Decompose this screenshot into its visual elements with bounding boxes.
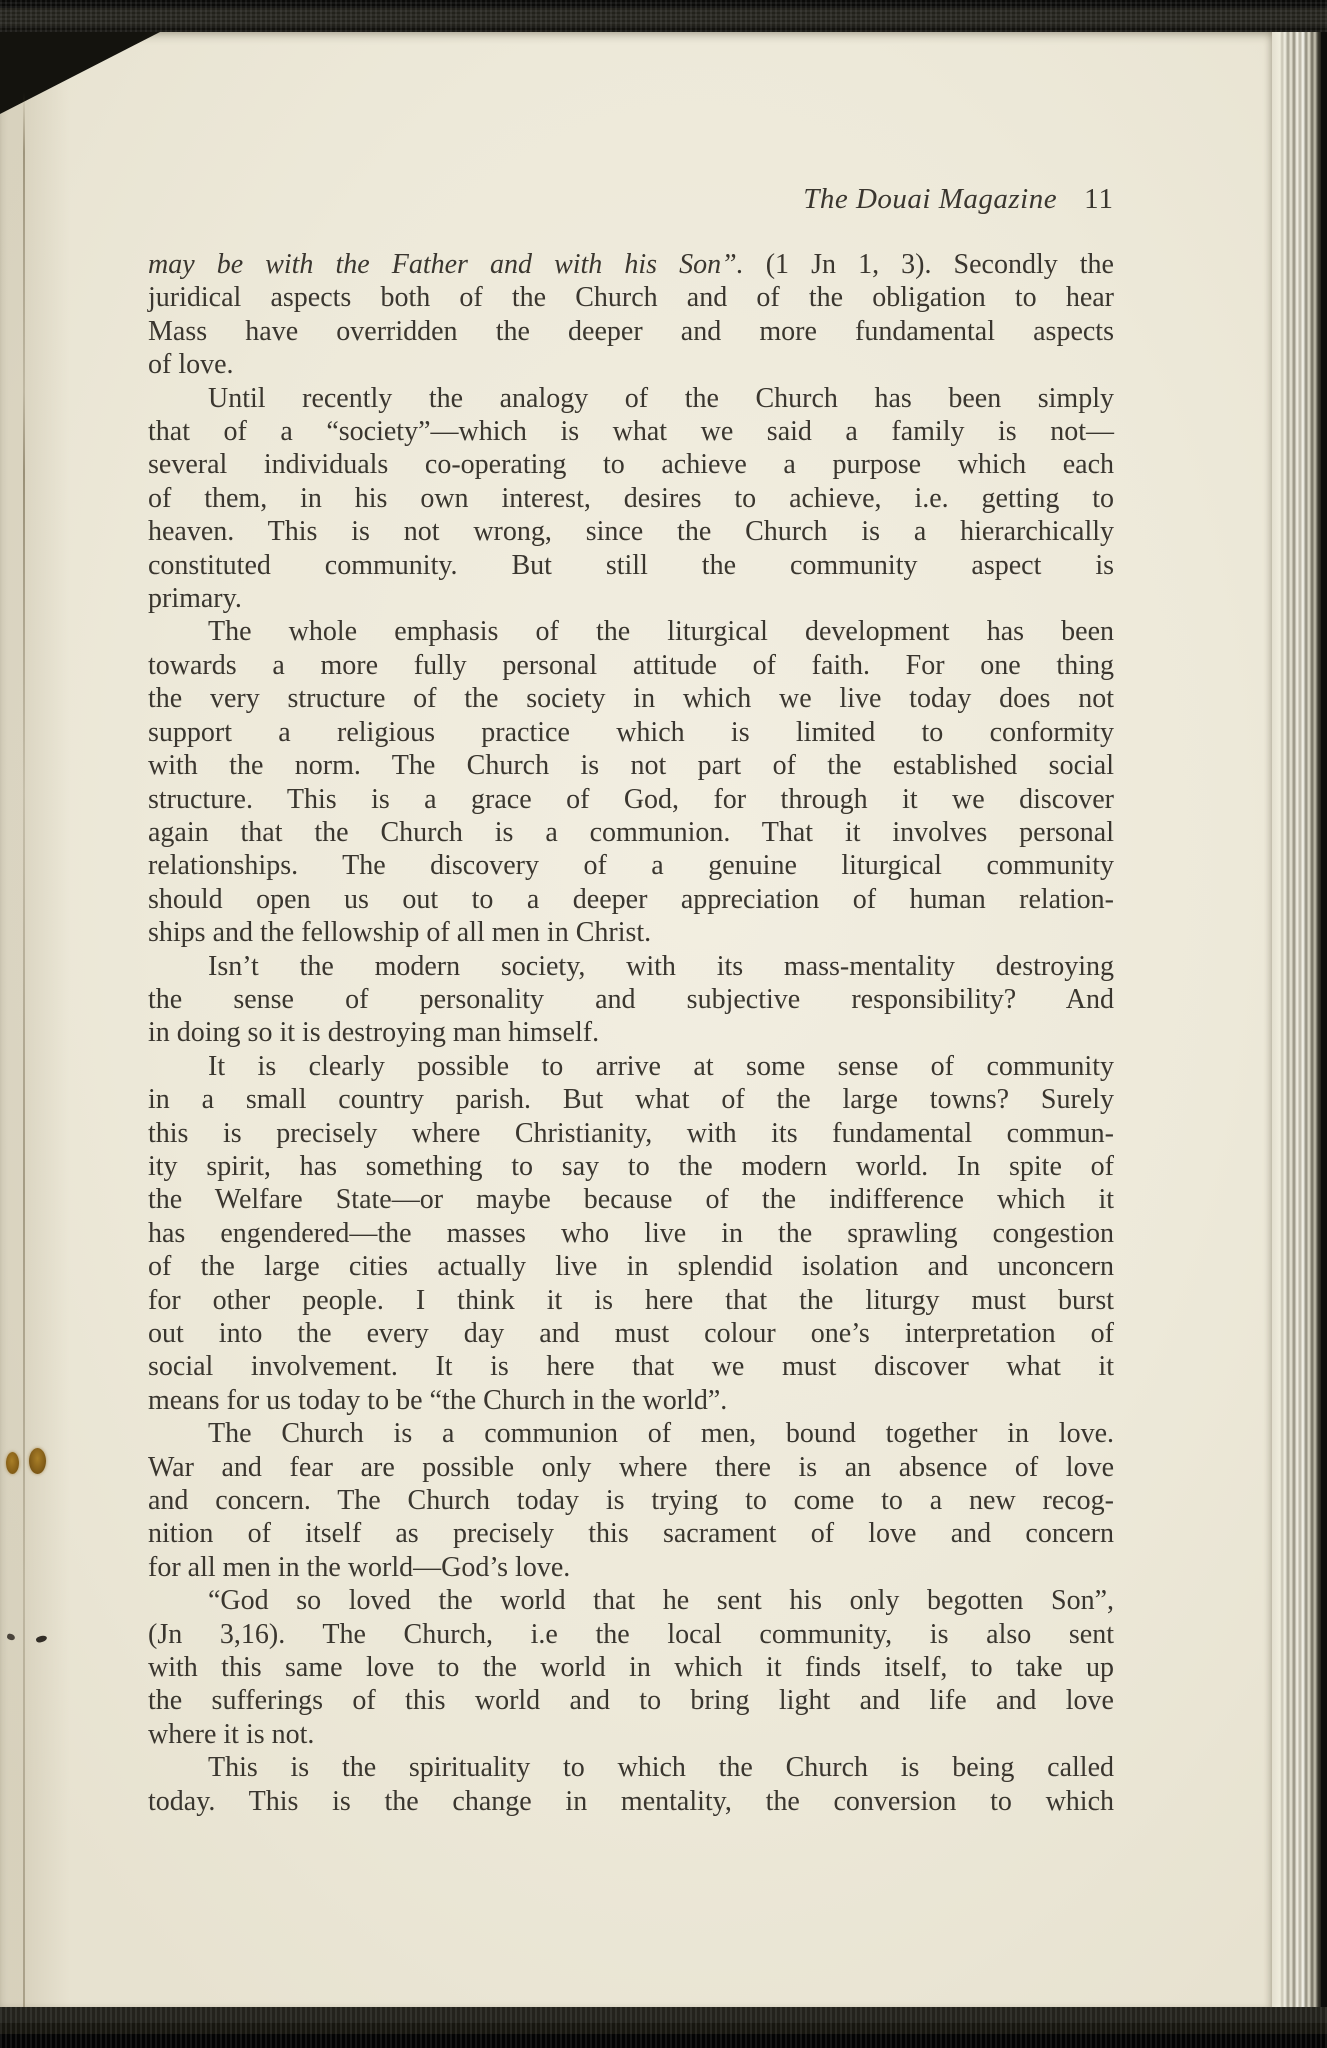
text-line: of love. xyxy=(148,348,1114,381)
text-line: structure. This is a grace of God, for t… xyxy=(148,783,1114,816)
text-line: The whole emphasis of the liturgical dev… xyxy=(148,615,1114,648)
paragraph: Isn’t the modern society, with its mass-… xyxy=(148,950,1114,1050)
text-line: War and fear are possible only where the… xyxy=(148,1451,1114,1484)
text-line: of them, in his own interest, desires to… xyxy=(148,482,1114,515)
text-line: towards a more fully personal attitude o… xyxy=(148,649,1114,682)
paragraph: Until recently the analogy of the Church… xyxy=(148,382,1114,616)
text-line: primary. xyxy=(148,582,1114,615)
text-line: this is precisely where Christianity, wi… xyxy=(148,1117,1114,1150)
text-line: with the norm. The Church is not part of… xyxy=(148,749,1114,782)
text-line: social involvement. It is here that we m… xyxy=(148,1350,1114,1383)
paragraph: “God so loved the world that he sent his… xyxy=(148,1584,1114,1751)
paragraph: It is clearly possible to arrive at some… xyxy=(148,1050,1114,1417)
text-line: the sufferings of this world and to brin… xyxy=(148,1684,1114,1717)
text-line: again that the Church is a communion. Th… xyxy=(148,816,1114,849)
running-header: The Douai Magazine11 xyxy=(148,182,1114,216)
text-line: the very structure of the society in whi… xyxy=(148,682,1114,715)
paragraph: The Church is a communion of men, bound … xyxy=(148,1417,1114,1584)
text-line: heaven. This is not wrong, since the Chu… xyxy=(148,515,1114,548)
book-fore-edge-pages xyxy=(1272,32,1321,2013)
text-line: in a small country parish. But what of t… xyxy=(148,1083,1114,1116)
text-line: for all men in the world—God’s love. xyxy=(148,1551,1114,1584)
dirt-speck xyxy=(35,1634,47,1643)
text-line: This is the spirituality to which the Ch… xyxy=(148,1751,1114,1784)
text-line: Isn’t the modern society, with its mass-… xyxy=(148,950,1114,983)
text-line: may be with the Father and with his Son”… xyxy=(148,248,1114,281)
text-line: and concern. The Church today is trying … xyxy=(148,1484,1114,1517)
text-line: for other people. I think it is here tha… xyxy=(148,1284,1114,1317)
text-line: should open us out to a deeper appreciat… xyxy=(148,883,1114,916)
text-line: today. This is the change in mentality, … xyxy=(148,1785,1114,1818)
text-line: that of a “society”—which is what we sai… xyxy=(148,415,1114,448)
text-line: out into the every day and must colour o… xyxy=(148,1317,1114,1350)
text-line: (Jn 3,16). The Church, i.e the local com… xyxy=(148,1618,1114,1651)
text-line: has engendered—the masses who live in th… xyxy=(148,1217,1114,1250)
text-line: juridical aspects both of the Church and… xyxy=(148,281,1114,314)
text-line: ships and the fellowship of all men in C… xyxy=(148,916,1114,949)
text-line: Mass have overridden the deeper and more… xyxy=(148,315,1114,348)
text-line: several individuals co-operating to achi… xyxy=(148,448,1114,481)
text-line: support a religious practice which is li… xyxy=(148,716,1114,749)
text-line: means for us today to be “the Church in … xyxy=(148,1384,1114,1417)
page-body: may be with the Father and with his Son”… xyxy=(148,248,1114,1818)
book-cover-edge-top xyxy=(0,0,1327,32)
page-crease-line xyxy=(23,92,25,2007)
text-line: It is clearly possible to arrive at some… xyxy=(148,1050,1114,1083)
text-line: the sense of personality and subjective … xyxy=(148,983,1114,1016)
text-line: of the large cities actually live in spl… xyxy=(148,1250,1114,1283)
page-number: 11 xyxy=(1084,183,1114,215)
text-line: The Church is a communion of men, bound … xyxy=(148,1417,1114,1450)
book-scan: The Douai Magazine11 may be with the Fat… xyxy=(0,0,1327,2048)
text-line: the Welfare State—or maybe because of th… xyxy=(148,1183,1114,1216)
text-line: in doing so it is destroying man himself… xyxy=(148,1016,1114,1049)
ink-stain xyxy=(6,1452,19,1474)
paragraph: This is the spirituality to which the Ch… xyxy=(148,1751,1114,1818)
text-line: where it is not. xyxy=(148,1718,1114,1751)
text-line: ity spirit, has something to say to the … xyxy=(148,1150,1114,1183)
text-line: relationships. The discovery of a genuin… xyxy=(148,849,1114,882)
ink-stain xyxy=(29,1448,46,1474)
magazine-title: The Douai Magazine xyxy=(803,183,1057,215)
text-line: constituted community. But still the com… xyxy=(148,549,1114,582)
italic-quote-text: may be with the Father and with his Son”… xyxy=(148,249,766,280)
text-line: with this same love to the world in whic… xyxy=(148,1651,1114,1684)
paragraph: The whole emphasis of the liturgical dev… xyxy=(148,615,1114,949)
text-line: “God so loved the world that he sent his… xyxy=(148,1584,1114,1617)
paragraph: may be with the Father and with his Son”… xyxy=(148,248,1114,382)
text-line: Until recently the analogy of the Church… xyxy=(148,382,1114,415)
text-line: nition of itself as precisely this sacra… xyxy=(148,1517,1114,1550)
magazine-page: The Douai Magazine11 may be with the Fat… xyxy=(0,32,1272,2007)
dirt-speck xyxy=(6,1633,15,1641)
body-text: (1 Jn 1, 3). Secondly the xyxy=(766,249,1114,280)
book-cover-edge-bottom xyxy=(0,2007,1327,2048)
